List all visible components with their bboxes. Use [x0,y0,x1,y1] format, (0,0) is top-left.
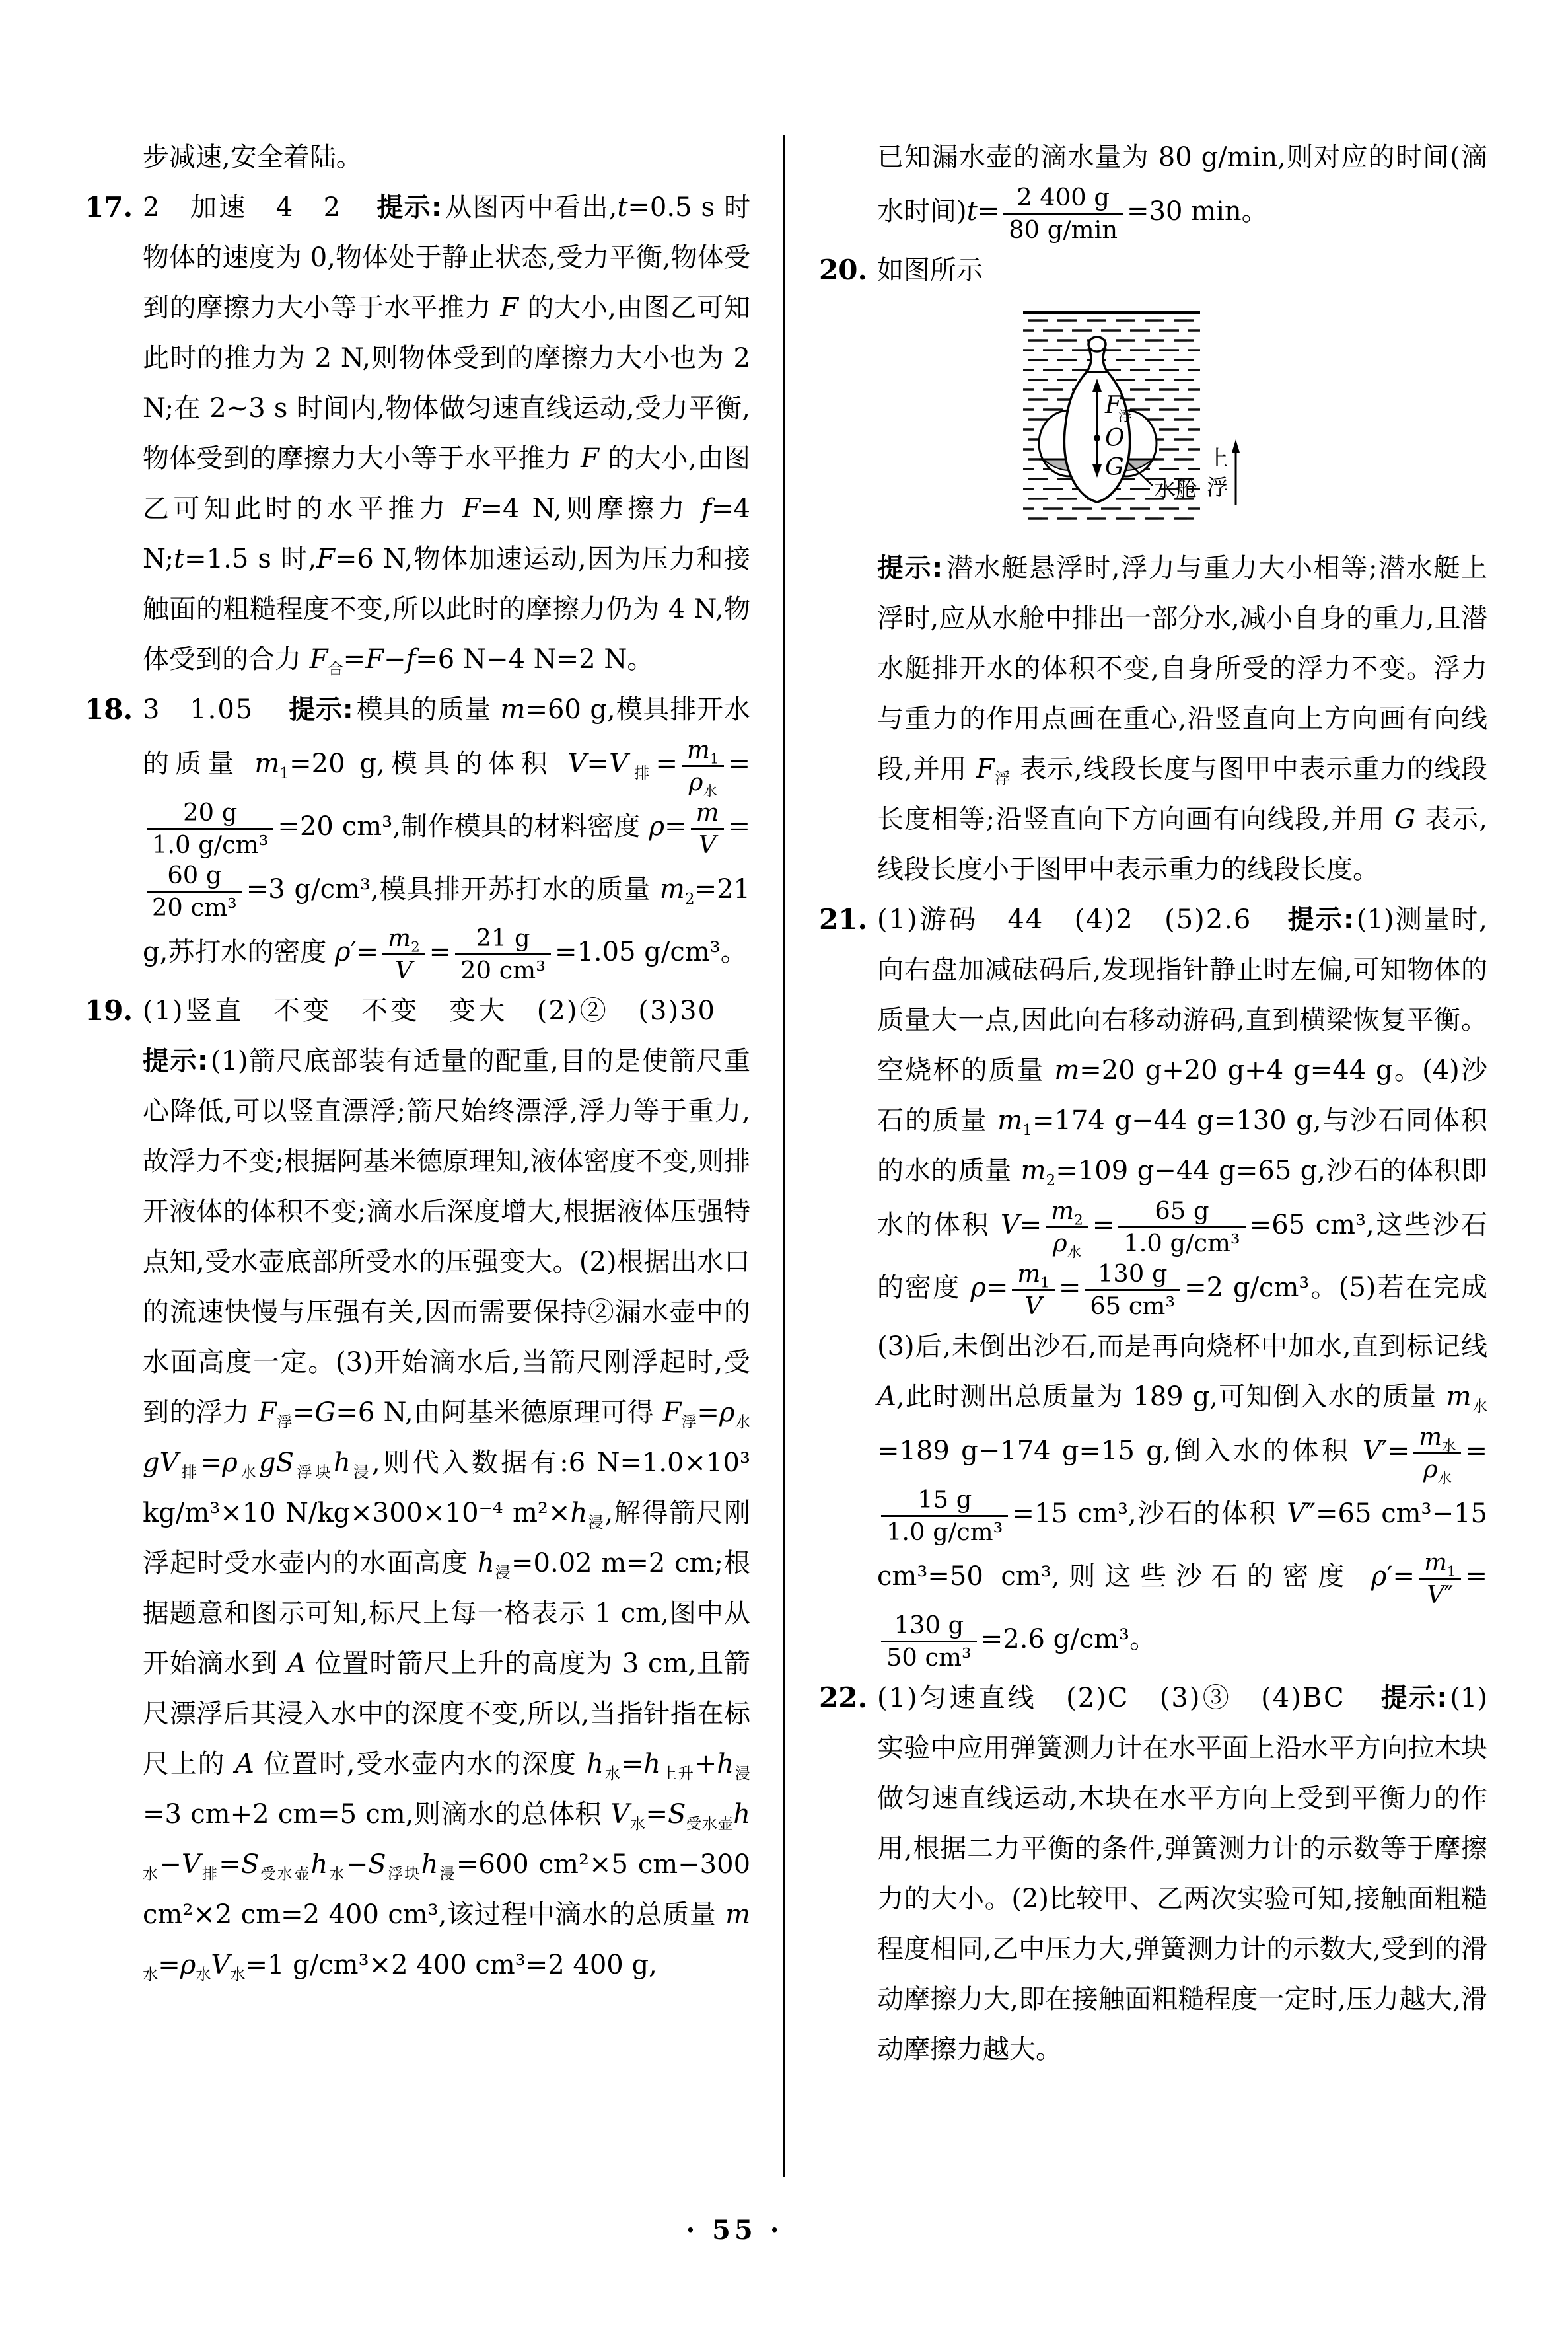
answer-values: 2 加速 4 2 [143,192,341,223]
fraction: 130 g50 cm³ [881,1610,977,1673]
item-number: 17. [85,182,133,233]
answer-key-page: 步减速,安全着陆。 17. 2 加速 4 2提示:从图丙中看出,t=0.5 s … [0,0,1568,2325]
item-number: 21. [819,895,867,945]
answer-values: 3 1.05 [143,694,254,725]
hint-label: 提示: [1380,1683,1448,1713]
gravity-label: G [1105,454,1124,481]
hint-text: (1)测量时,向右盘加减砝码后,发现指针静止时左偏,可知物体的质量大一点,因此向… [877,904,1487,1654]
item-hint-paragraph: 提示:潜水艇悬浮时,浮力与重力大小相等;潜水艇上浮时,应从水舱中排出一部分水,减… [877,543,1487,895]
fraction: m水ρ水 [1413,1422,1461,1485]
fraction: 65 g1.0 g/cm³ [1118,1196,1245,1259]
continuation-text: 已知漏水壶的滴水量为 80 g/min,则对应的时间(滴水时间)t=2 400 … [877,142,1487,227]
fraction: m1ρ水 [682,735,724,797]
item-paragraph: 2 加速 4 2提示:从图丙中看出,t=0.5 s 时物体的速度为 0,物体处于… [143,182,750,684]
hint-text: (1)箭尺底部装有适量的配重,目的是使箭尺重心降低,可以竖直漂浮;箭尺始终漂浮,… [143,1046,750,1980]
hint-label: 提示: [376,192,442,223]
answer-item-19: 19. (1)竖直 不变 不变 变大 (2)② (3)30提示:(1)箭尺底部装… [85,986,750,1990]
figure-block: F 浮 O G 水舱 上 浮 [1013,306,1487,534]
answer-values: (1)游码 44 (4)2 (5)2.6 [877,904,1252,935]
hint-text: 模具的质量 m=60 g,模具排开水的质量 m1=20 g,模具的体积 V=V排… [143,694,750,967]
item-lead: 如图所示 [877,255,983,285]
submarine-buoyancy-figure: F 浮 O G 水舱 上 浮 [1013,306,1250,534]
answer-item-18: 18. 3 1.05提示:模具的质量 m=60 g,模具排开水的质量 m1=20… [85,684,750,986]
item-number: 18. [85,684,133,735]
float-up-char-bottom: 浮 [1207,474,1229,500]
item-lead-paragraph: 如图所示 [877,245,1487,295]
hint-text: 从图丙中看出,t=0.5 s 时物体的速度为 0,物体处于静止状态,受力平衡,物… [143,192,750,675]
hint-label: 提示: [288,694,353,725]
page-number: · 55 · [635,2205,834,2256]
column-divider-rule [783,135,785,2177]
float-up-char-top: 上 [1207,445,1229,471]
continuation-paragraph: 已知漏水壶的滴水量为 80 g/min,则对应的时间(滴水时间)t=2 400 … [819,132,1487,245]
right-column: 已知漏水壶的滴水量为 80 g/min,则对应的时间(滴水时间)t=2 400 … [819,132,1487,2075]
answer-item-21: 21. (1)游码 44 (4)2 (5)2.6提示:(1)测量时,向右盘加减砝… [819,895,1487,1673]
item-number: 22. [819,1673,867,1723]
hint-label: 提示: [143,1046,208,1076]
hint-label: 提示: [1286,904,1354,935]
item-number: 19. [85,986,133,1036]
fraction: 21 g20 cm³ [455,923,551,986]
answer-values: (1)匀速直线 (2)C (3)③ (4)BC [877,1683,1345,1713]
fraction: m1V″ [1419,1547,1461,1610]
periscope-knob [1088,337,1106,351]
fraction: 15 g1.0 g/cm³ [881,1485,1008,1547]
float-up-arrowhead [1232,439,1240,453]
hint-label: 提示: [877,553,943,583]
center-of-gravity-dot [1094,435,1100,441]
fraction: mV [691,797,725,860]
continuation-text: 步减速,安全着陆。 [143,142,363,172]
item-number: 20. [819,245,867,295]
fraction: m1V [1012,1259,1054,1321]
buoyancy-force-subscript: 浮 [1118,408,1132,424]
item-paragraph: 3 1.05提示:模具的质量 m=60 g,模具排开水的质量 m1=20 g,模… [143,684,750,986]
continuation-paragraph: 步减速,安全着陆。 [85,132,750,182]
center-point-label: O [1105,425,1125,452]
answer-values: (1)竖直 不变 不变 变大 (2)② (3)30 [143,996,716,1026]
item-paragraph: (1)游码 44 (4)2 (5)2.6提示:(1)测量时,向右盘加减砝码后,发… [877,895,1487,1673]
left-column: 步减速,安全着陆。 17. 2 加速 4 2提示:从图丙中看出,t=0.5 s … [85,132,750,1990]
fraction: 20 g1.0 g/cm³ [147,797,273,860]
answer-item-17: 17. 2 加速 4 2提示:从图丙中看出,t=0.5 s 时物体的速度为 0,… [85,182,750,684]
water-tank-label: 水舱 [1154,476,1197,501]
fraction: 2 400 g80 g/min [1003,182,1123,245]
item-paragraph: (1)匀速直线 (2)C (3)③ (4)BC提示:(1)实验中应用弹簧测力计在… [877,1673,1487,2075]
answer-item-20: 20. 如图所示 [819,245,1487,895]
answer-item-22: 22. (1)匀速直线 (2)C (3)③ (4)BC提示:(1)实验中应用弹簧… [819,1673,1487,2075]
item-paragraph: (1)竖直 不变 不变 变大 (2)② (3)30提示:(1)箭尺底部装有适量的… [143,986,750,1990]
fraction: 60 g20 cm³ [147,860,242,923]
fraction: 130 g65 cm³ [1085,1259,1180,1321]
hint-text: (1)实验中应用弹簧测力计在水平面上沿水平方向拉木块做匀速直线运动,木块在水平方… [877,1683,1487,2065]
fraction: m2ρ水 [1046,1196,1088,1259]
fraction: m2V [382,923,425,986]
hint-text: 潜水艇悬浮时,浮力与重力大小相等;潜水艇上浮时,应从水舱中排出一部分水,减小自身… [877,553,1487,885]
